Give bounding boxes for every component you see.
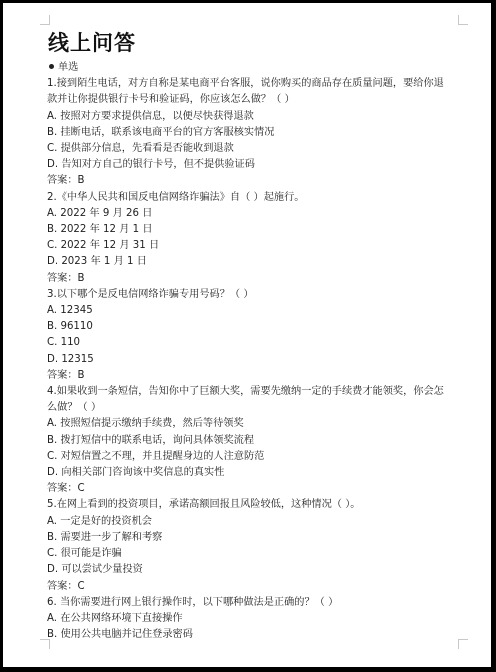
- option-b: B. 使用公共电脑并记住登录密码: [47, 627, 457, 643]
- document-page: 线上问答 单选 1.接到陌生电话，对方自称是某电商平台客服，说你购买的商品存在质…: [3, 3, 491, 667]
- document-content: 线上问答 单选 1.接到陌生电话，对方自称是某电商平台客服，说你购买的商品存在质…: [47, 29, 457, 643]
- answer: 答案：B: [47, 173, 457, 189]
- option-d: D. 向相关部门咨询该中奖信息的真实性: [47, 465, 457, 481]
- option-c: C. 110: [47, 335, 457, 351]
- question-2: 2.《中华人民共和国反电信网络诈骗法》自（ ）起施行。 A. 2022 年 9 …: [47, 190, 457, 287]
- option-d: D. 12315: [47, 352, 457, 368]
- question-1: 1.接到陌生电话，对方自称是某电商平台客服，说你购买的商品存在质量问题，要给你退…: [47, 76, 457, 189]
- option-d: D. 可以尝试少量投资: [47, 562, 457, 578]
- question-3: 3.以下哪个是反电信网络诈骗专用号码？（ ） A. 12345 B. 96110…: [47, 287, 457, 384]
- bullet-icon: [49, 64, 54, 69]
- section-heading: 单选: [47, 60, 457, 76]
- option-c: C. 提供部分信息，先看看是否能收到退款: [47, 141, 457, 157]
- question-text-line: 5.在网上看到的投资项目，承诺高额回报且风险较低，这种情况（ ）。: [47, 497, 457, 513]
- option-a: A. 在公共网络环境下直接操作: [47, 611, 457, 627]
- option-b: B. 拨打短信中的联系电话，询问具体领奖流程: [47, 433, 457, 449]
- question-6: 6. 当你需要进行网上银行操作时，以下哪种做法是正确的？（ ） A. 在公共网络…: [47, 595, 457, 644]
- question-text-line: 6. 当你需要进行网上银行操作时，以下哪种做法是正确的？（ ）: [47, 595, 457, 611]
- question-text-line: 4.如果收到一条短信，告知你中了巨额大奖，需要先缴纳一定的手续费才能领奖，你会怎: [47, 384, 457, 400]
- answer: 答案：C: [47, 579, 457, 595]
- page-corner-mark-top-left: [40, 15, 50, 25]
- option-a: A. 一定是好的投资机会: [47, 514, 457, 530]
- option-b: B. 96110: [47, 319, 457, 335]
- section-label: 单选: [58, 62, 78, 73]
- option-c: C. 对短信置之不理，并且提醒身边的人注意防范: [47, 449, 457, 465]
- option-b: B. 2022 年 12 月 1 日: [47, 222, 457, 238]
- answer: 答案：B: [47, 271, 457, 287]
- question-text-line: 么做？（ ）: [47, 400, 457, 416]
- option-b: B. 需要进一步了解和考察: [47, 530, 457, 546]
- question-text-line: 2.《中华人民共和国反电信网络诈骗法》自（ ）起施行。: [47, 190, 457, 206]
- question-text-line: 3.以下哪个是反电信网络诈骗专用号码？（ ）: [47, 287, 457, 303]
- option-d: D. 告知对方自己的银行卡号，但不提供验证码: [47, 157, 457, 173]
- question-5: 5.在网上看到的投资项目，承诺高额回报且风险较低，这种情况（ ）。 A. 一定是…: [47, 497, 457, 594]
- option-a: A. 按照短信提示缴纳手续费，然后等待领奖: [47, 416, 457, 432]
- document-title: 线上问答: [48, 29, 457, 57]
- option-d: D. 2023 年 1 月 1 日: [47, 254, 457, 270]
- question-text-line: 款并让你提供银行卡号和验证码，你应该怎么做？（ ）: [47, 92, 457, 108]
- option-c: C. 很可能是诈骗: [47, 546, 457, 562]
- page-corner-mark-bottom-right: [458, 639, 468, 649]
- question-4: 4.如果收到一条短信，告知你中了巨额大奖，需要先缴纳一定的手续费才能领奖，你会怎…: [47, 384, 457, 497]
- option-a: A. 2022 年 9 月 26 日: [47, 206, 457, 222]
- answer: 答案：B: [47, 368, 457, 384]
- option-a: A. 12345: [47, 303, 457, 319]
- answer: 答案：C: [47, 481, 457, 497]
- option-c: C. 2022 年 12 月 31 日: [47, 238, 457, 254]
- option-a: A. 按照对方要求提供信息，以便尽快获得退款: [47, 109, 457, 125]
- option-b: B. 挂断电话，联系该电商平台的官方客服核实情况: [47, 125, 457, 141]
- page-corner-mark-top-right: [458, 15, 468, 25]
- question-text-line: 1.接到陌生电话，对方自称是某电商平台客服，说你购买的商品存在质量问题，要给你退: [47, 76, 457, 92]
